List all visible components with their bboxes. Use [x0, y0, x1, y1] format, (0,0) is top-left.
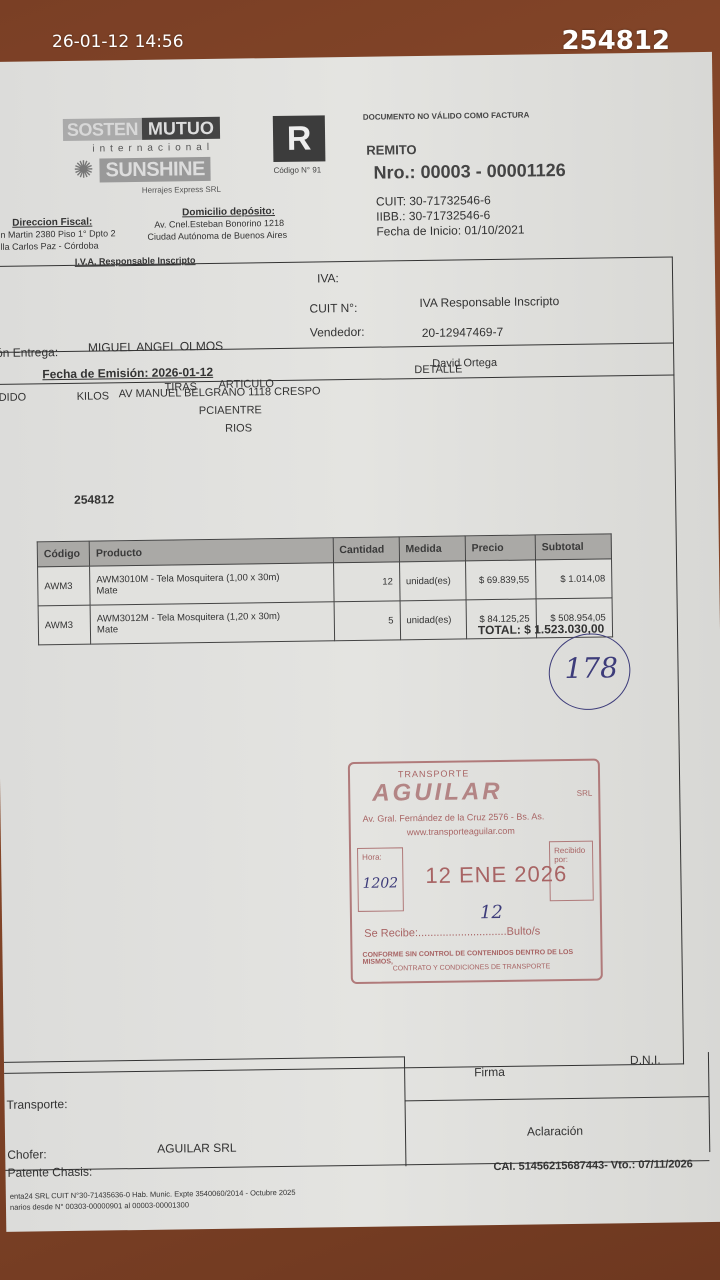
fiscal-address-label: Direccion Fiscal: [12, 217, 92, 229]
fiscal-address-line1: n Martin 2380 Piso 1° Dpto 2 [0, 228, 115, 240]
transport-stamp: TRANSPORTE AGUILAR SRL Av. Gral. Fernánd… [348, 759, 603, 984]
photo-code: 254812 [561, 26, 670, 56]
activity-start-date: Fecha de Inicio: 01/10/2021 [376, 223, 524, 239]
cell-cantidad: 5 [334, 601, 401, 641]
cell-medida: unidad(es) [399, 561, 466, 601]
dni-label: D.N.I. [630, 1053, 661, 1067]
document-letter: R [273, 115, 326, 162]
cell-codigo: AWM3 [38, 566, 91, 606]
divider [708, 1052, 710, 1152]
cell-producto: AWM3010M - Tela Mosquitera (1,00 x 30m)M… [90, 563, 334, 605]
column-header: Subtotal [535, 534, 612, 560]
cell-producto: AWM3012M - Tela Mosquitera (1,20 x 30m)M… [90, 602, 334, 644]
handwritten-packages: 12 [480, 902, 503, 923]
document-number: Nro.: 00003 - 00001126 [373, 160, 565, 184]
clarification-label: Aclaración [527, 1124, 583, 1139]
stamp-address: Av. Gral. Fernández de la Cruz 2576 - Bs… [363, 811, 545, 824]
driver-label: Chofer: [7, 1147, 47, 1162]
stamp-srl: SRL [577, 789, 593, 798]
column-header: Producto [89, 538, 333, 566]
column-header: Precio [465, 535, 535, 561]
document-type: REMITO [366, 142, 417, 158]
fiscal-address-line2: lla Carlos Paz - Córdoba [1, 241, 99, 252]
cell-precio: $ 69.839,55 [465, 560, 536, 600]
delivery-address-line2: PCIAENTRE [199, 404, 262, 417]
cell-cantidad: 12 [333, 562, 400, 602]
divider [404, 1056, 407, 1166]
warehouse-address-line2: Ciudad Autónoma de Buenos Aires [147, 230, 287, 242]
table-row: AWM3 AWM3012M - Tela Mosquitera (1,20 x … [38, 598, 612, 645]
vendor-name: David Ortega [432, 357, 497, 370]
vendor-cuit: 20-12947469-7 [422, 325, 504, 340]
transport-label: Transporte: [6, 1097, 67, 1112]
stamp-brand: AGUILAR [372, 778, 503, 808]
logo-sunshine: SUNSHINE [99, 157, 211, 183]
warehouse-address-label: Domicilio depósito: [182, 206, 275, 218]
signature-label: Firma [474, 1065, 505, 1079]
logo-subtitle: Herrajes Express SRL [142, 185, 234, 195]
cell-subtotal: $ 1.014,08 [535, 559, 612, 599]
kilos-label: KILOS [77, 390, 110, 402]
stamp-received-line: Se Recibe:.............................B… [364, 925, 540, 939]
cuit-value: IVA Responsable Inscripto [419, 294, 559, 310]
photo-timestamp: 26-01-12 14:56 [52, 32, 184, 52]
remito-document: SOSTEN MUTUO internacional ✺ SUNSHINE He… [0, 52, 720, 1232]
stamp-hour-box: Hora: 1202 [357, 847, 404, 912]
warehouse-address-line1: Av. Cnel.Esteban Bonorino 1218 [154, 218, 284, 230]
delivery-name: MIGUEL ANGEL OLMOS [88, 339, 223, 355]
sun-icon: ✺ [67, 156, 99, 184]
iva-label: IVA: [317, 271, 339, 285]
stamp-date: 12 ENE 2026 [425, 861, 567, 889]
column-header: Cantidad [333, 537, 399, 563]
logo-sosten: SOSTEN [63, 118, 142, 141]
handwritten-hour: 1202 [362, 875, 398, 892]
issuer-cuit: CUIT: 30-71732546-6 [376, 193, 491, 209]
delivery-label: ón Entrega: [0, 345, 58, 360]
logo-internacional: internacional [73, 142, 233, 155]
printer-info-1: enta24 SRL CUIT N°30-71435636-0 Hab. Mun… [10, 1188, 296, 1201]
stamp-website: www.transporteaguilar.com [407, 826, 515, 838]
order-reference: 254812 [74, 492, 114, 507]
driver-value: AGUILAR SRL [157, 1141, 237, 1156]
issue-date: Fecha de Emisión: 2026-01-12 [42, 365, 213, 381]
company-logo: SOSTEN MUTUO internacional ✺ SUNSHINE He… [63, 117, 234, 196]
not-valid-notice: DOCUMENTO NO VÁLIDO COMO FACTURA [363, 110, 530, 121]
delivery-address-line3: RIOS [225, 422, 252, 434]
column-header: Código [37, 541, 89, 567]
divider [405, 1096, 709, 1101]
cuit-label: CUIT N°: [309, 301, 357, 316]
cell-medida: unidad(es) [400, 600, 467, 640]
printer-info-2: narios desde N° 00303-00000901 al 00003-… [10, 1200, 189, 1211]
handwritten-number: 178 [564, 651, 618, 685]
vendor-label: Vendedor: [310, 325, 365, 340]
document-code: Código N° 91 [273, 165, 321, 175]
cell-codigo: AWM3 [38, 605, 91, 645]
cai-number: CAI. 51456215687443- Vto.: 07/11/2026 [493, 1158, 693, 1173]
issuer-iibb: IIBB.: 30-71732546-6 [376, 208, 490, 224]
chassis-plate-label: Patente Chasis: [7, 1165, 92, 1180]
logo-mutuo: MUTUO [142, 117, 220, 140]
column-header: Medida [399, 536, 465, 562]
order-label: DIDO [0, 392, 26, 404]
stamp-legal-2: CONTRATO Y CONDICIONES DE TRANSPORTE [393, 963, 551, 972]
